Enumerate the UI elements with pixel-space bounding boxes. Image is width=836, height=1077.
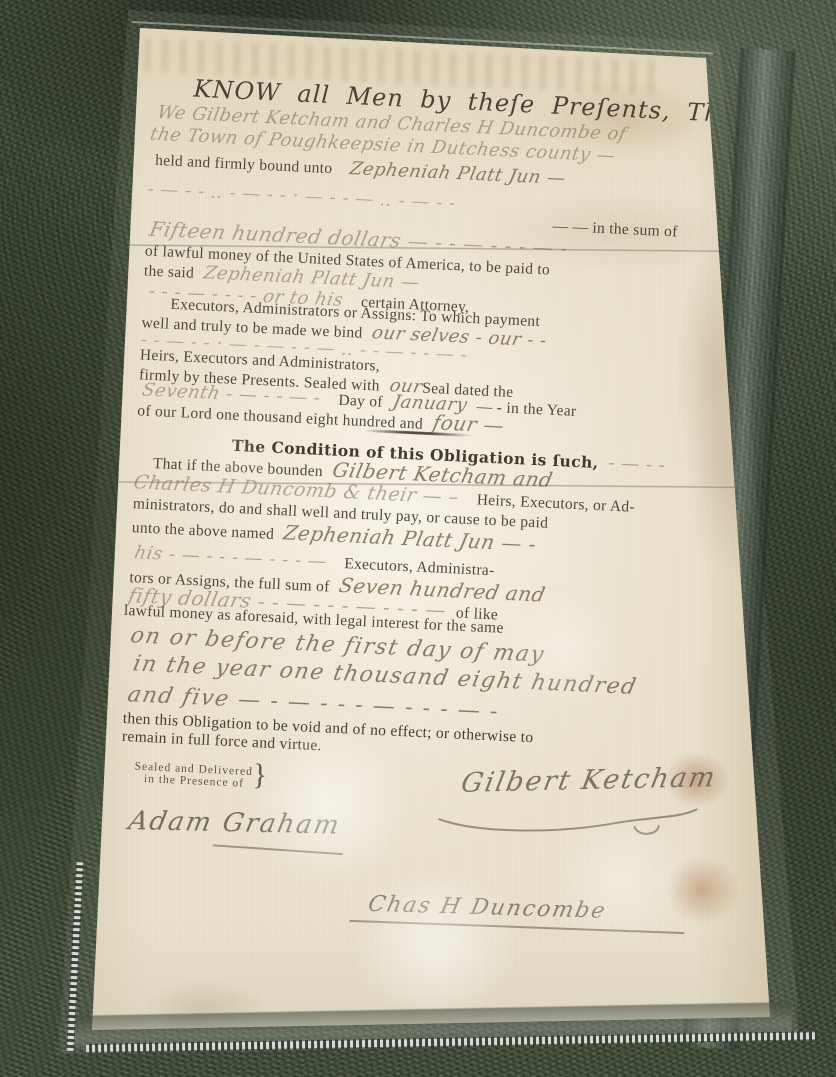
- signature-underline: [213, 844, 343, 855]
- signature-underline: [350, 920, 685, 934]
- signature-text: Adam Graham: [126, 806, 343, 840]
- printed-line: — — in the sum of: [552, 218, 678, 242]
- signature-adam-graham: Adam Graham: [128, 803, 341, 843]
- attestation-block: Sealed and Delivered in the Presence of …: [134, 751, 269, 792]
- brace-glyph: }: [252, 758, 268, 792]
- handwritten-line: - — - - ‥ - — - - · — - - — ‥ - — - -: [147, 179, 456, 214]
- document-text: KNOW all Men by theſe Preſents, That We …: [96, 58, 724, 1015]
- signature-chas-duncombe: Chas H Duncombe: [368, 890, 607, 926]
- signature-text: Chas H Duncombe: [366, 892, 609, 924]
- handwritten-dashes: - — - - ‥ - — - - · — - - — ‥ - — - -: [146, 179, 458, 214]
- printed-text: the said: [144, 262, 195, 281]
- photo-of-document: KNOW all Men by theſe Preſents, That We …: [0, 0, 836, 1077]
- handwritten-dashes: - — - -: [606, 453, 667, 477]
- printed-text: — — in the sum of: [552, 218, 678, 241]
- printed-text: unto the above named: [131, 519, 274, 543]
- paper-document: KNOW all Men by theſe Preſents, That We …: [85, 18, 780, 1040]
- printed-text: held and firmly bound unto: [155, 152, 333, 177]
- printed-text: of our Lord one thousand eight hundred a…: [137, 402, 423, 432]
